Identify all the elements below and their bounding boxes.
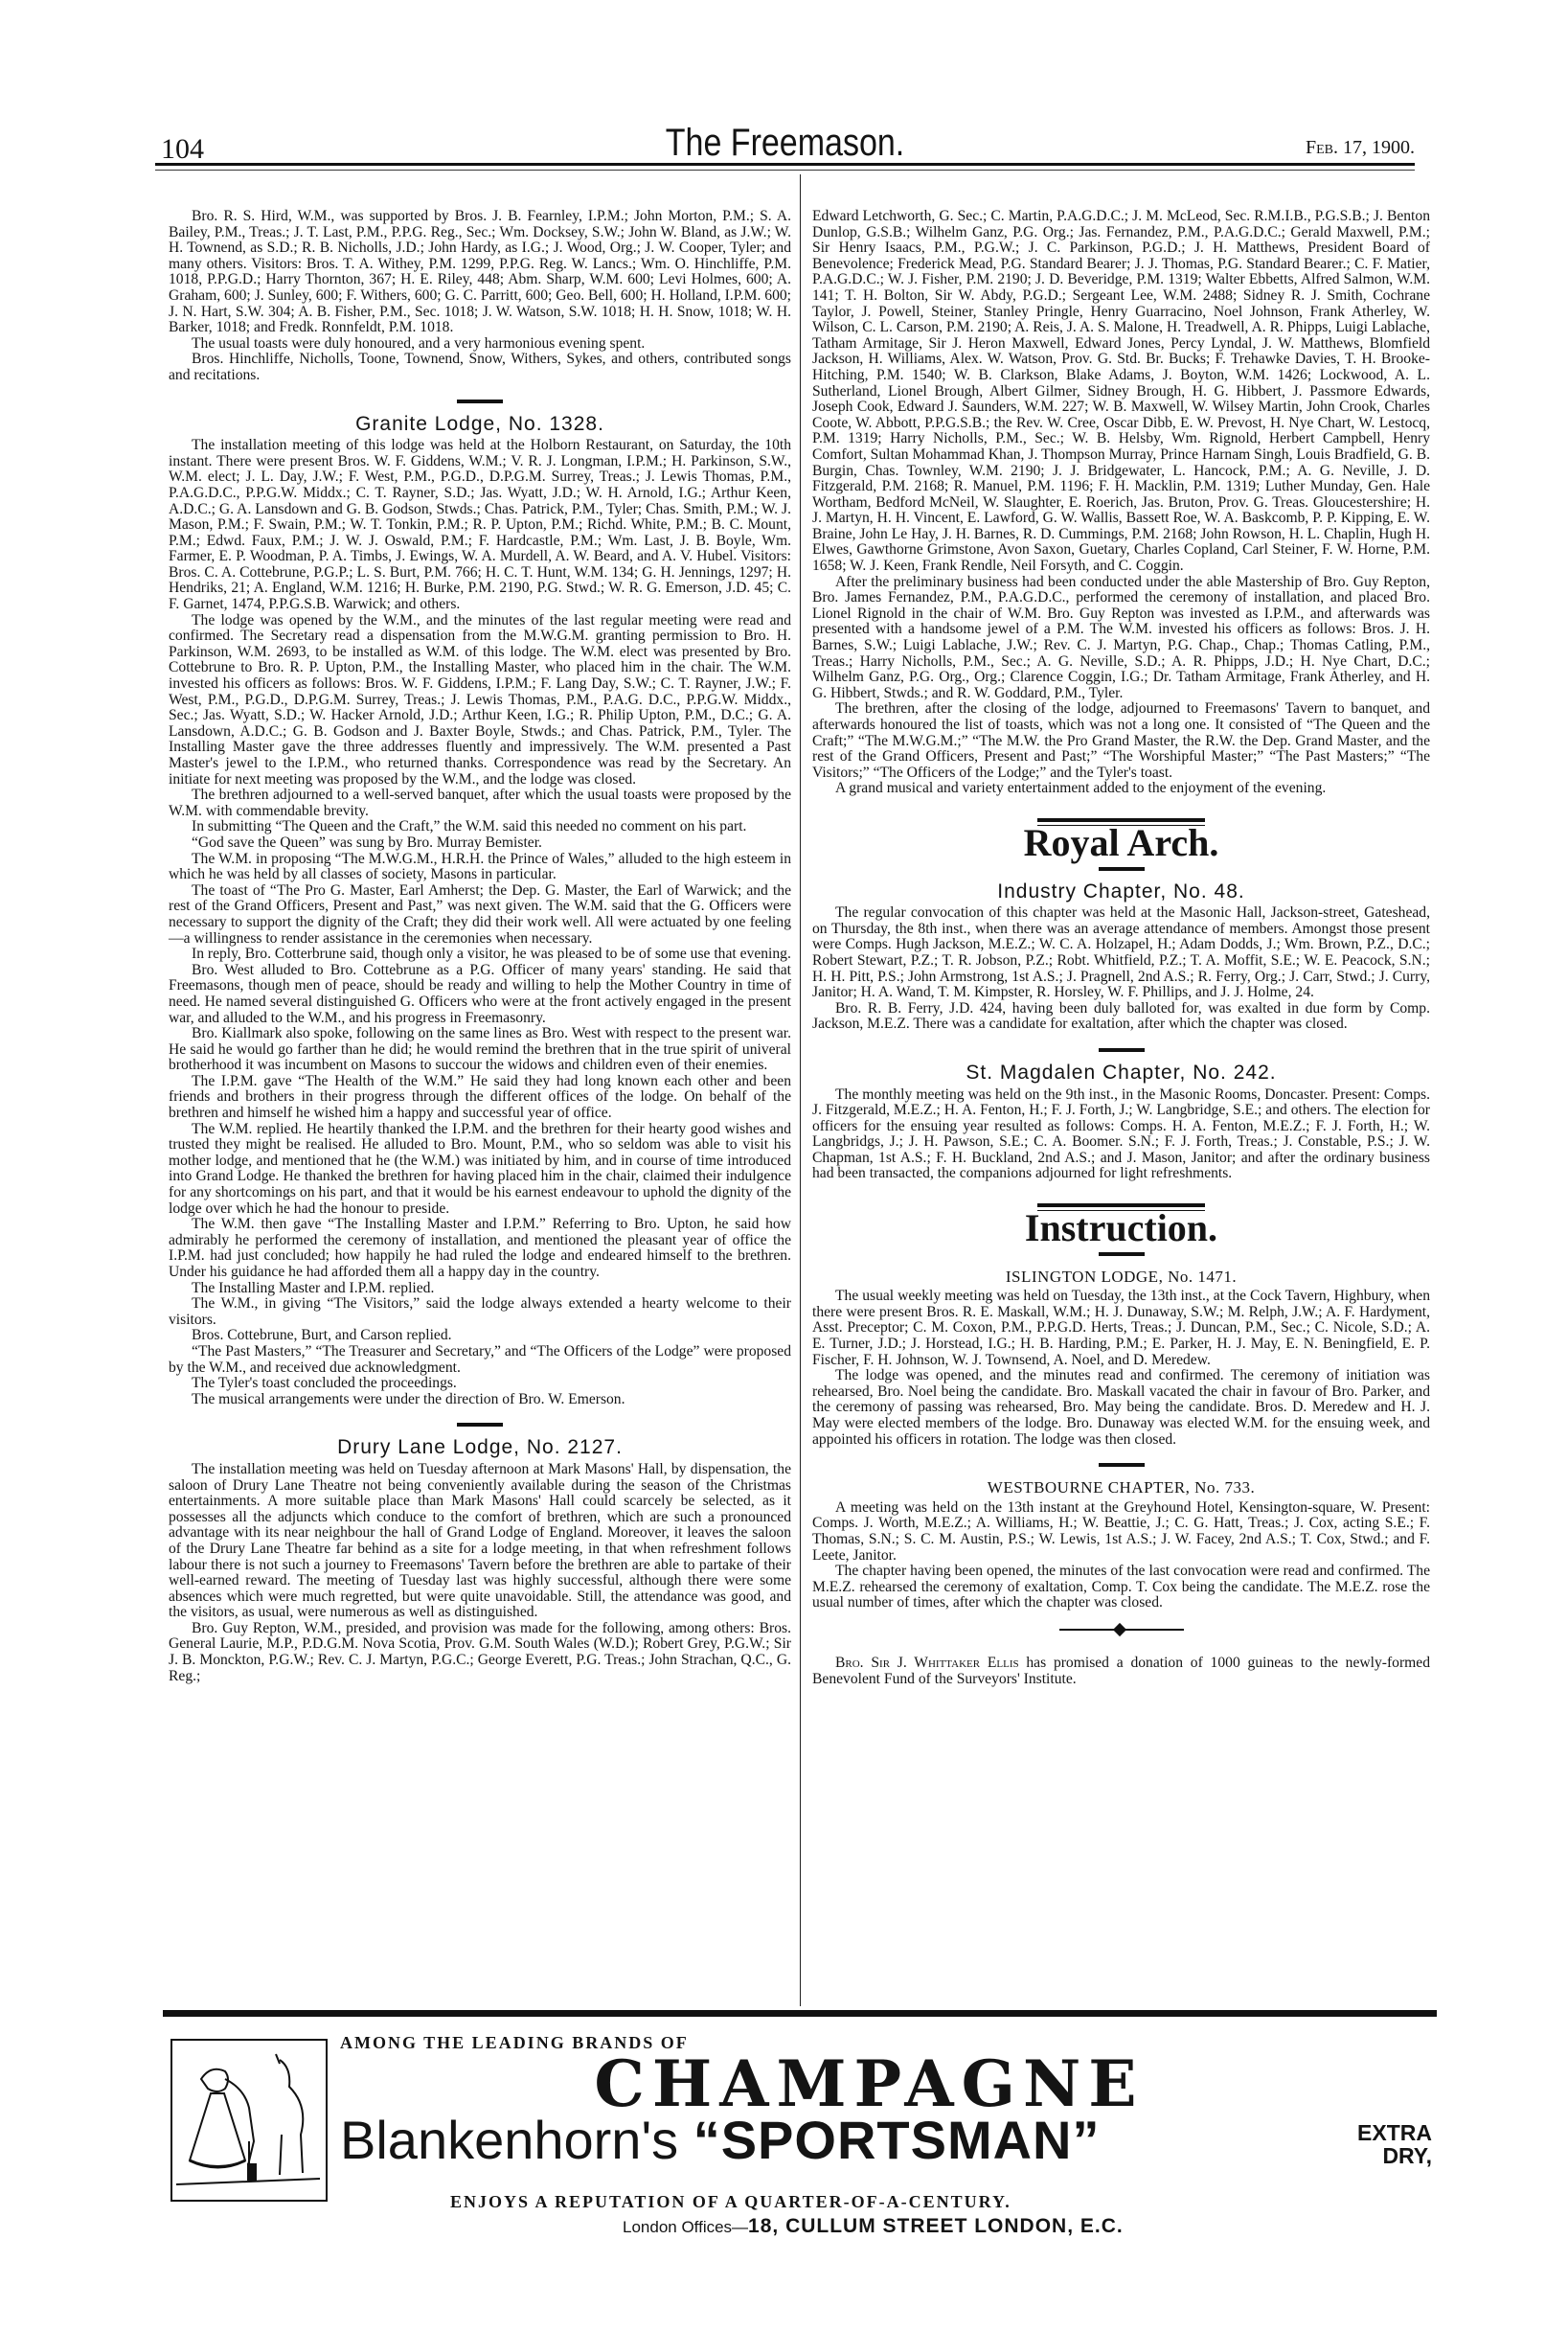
ad-brand-name: “SPORTSMAN”: [693, 2110, 1101, 2170]
paragraph: The toast of “The Pro G. Master, Earl Am…: [169, 883, 791, 947]
paragraph: The I.P.M. gave “The Health of the W.M.”…: [169, 1074, 791, 1122]
ad-brand-line: Blankenhorn's “SPORTSMAN”: [340, 2110, 1101, 2171]
ad-office-street: 18, CULLUM STREET LONDON, E.C.: [748, 2215, 1124, 2237]
industry-chapter-article: The regular convocation of this chapter …: [812, 905, 1430, 1033]
newspaper-page: 104 The Freemason. Feb. 17, 1900. Bro. R…: [0, 0, 1568, 2331]
paragraph: The W.M. replied. He heartily thanked th…: [169, 1122, 791, 1218]
paragraph: The Tyler's toast concluded the proceedi…: [169, 1376, 791, 1392]
paragraph: The usual weekly meeting was held on Tue…: [812, 1289, 1430, 1368]
section-rule: [1099, 867, 1145, 871]
section-rule: [1099, 1463, 1145, 1467]
right-column: Edward Letchworth, G. Sec.; C. Martin, P…: [812, 209, 1430, 1687]
drury-lane-article-continued: Edward Letchworth, G. Sec.; C. Martin, P…: [812, 209, 1430, 797]
issue-date: Feb. 17, 1900.: [1306, 137, 1415, 159]
paragraph: The installation meeting was held on Tue…: [169, 1462, 791, 1621]
ad-product-name: CHAMPAGNE: [431, 2052, 1307, 2115]
ad-dry: DRY,: [1355, 2144, 1432, 2167]
section-heading-westbourne-chapter: WESTBOURNE CHAPTER, No. 733.: [812, 1480, 1430, 1497]
paragraph: “The Past Masters,” “The Treasurer and S…: [169, 1344, 791, 1376]
ad-reputation: ENJOYS A REPUTATION OF A QUARTER-OF-A-CE…: [450, 2192, 1011, 2212]
paragraph: A meeting was held on the 13th instant a…: [812, 1500, 1430, 1564]
section-rule: [1099, 1048, 1145, 1052]
paragraph: Bro. R. S. Hird, W.M., was supported by …: [169, 209, 791, 336]
paragraph: The brethren adjourned to a well-served …: [169, 788, 791, 819]
paragraph: In submitting “The Queen and the Craft,”…: [169, 819, 791, 835]
woman-and-horse-illustration-icon: [170, 2039, 328, 2202]
paragraph: The brethren, after the closing of the l…: [812, 701, 1430, 781]
paragraph: The W.M. in proposing “The M.W.G.M., H.R…: [169, 852, 791, 883]
paragraph: “God save the Queen” was sung by Bro. Mu…: [169, 835, 791, 852]
section-heading-granite-lodge: Granite Lodge, No. 1328.: [169, 417, 791, 433]
paragraph: The W.M. then gave “The Installing Maste…: [169, 1217, 791, 1280]
paragraph: The Installing Master and I.P.M. replied…: [169, 1281, 791, 1297]
paragraph: Bro. West alluded to Bro. Cottebrune as …: [169, 963, 791, 1026]
paragraph: Bro. Guy Repton, W.M., presided, and pro…: [169, 1621, 791, 1684]
advertisement-rule: [163, 2010, 1437, 2017]
paragraph: Edward Letchworth, G. Sec.; C. Martin, P…: [812, 209, 1430, 575]
donor-name: Bro. Sir J. Whittaker Ellis: [835, 1655, 1019, 1671]
paragraph: The monthly meeting was held on the 9th …: [812, 1087, 1430, 1183]
paragraph: The lodge was opened by the W.M., and th…: [169, 613, 791, 788]
section-rule: [457, 1423, 503, 1427]
paragraph: After the preliminary business had been …: [812, 575, 1430, 702]
ad-brand-prefix: Blankenhorn's: [340, 2110, 693, 2170]
section-heading-islington-lodge: ISLINGTON LODGE, No. 1471.: [812, 1269, 1430, 1286]
section-rule: [1099, 1252, 1145, 1256]
journal-title: The Freemason.: [250, 122, 1321, 165]
section-heading-industry-chapter: Industry Chapter, No. 48.: [812, 884, 1430, 901]
paragraph: The chapter having been opened, the minu…: [812, 1564, 1430, 1611]
donation-note: Bro. Sir J. Whittaker Ellis has promised…: [812, 1656, 1430, 1687]
paragraph: Bro. R. B. Ferry, J.D. 424, having been …: [812, 1001, 1430, 1033]
drury-lane-article: The installation meeting was held on Tue…: [169, 1462, 791, 1684]
ad-office-address: London Offices—18, CULLUM STREET LONDON,…: [623, 2215, 1124, 2238]
section-rule: [457, 400, 503, 403]
ad-office-label: London Offices—: [623, 2218, 748, 2236]
islington-lodge-article: The usual weekly meeting was held on Tue…: [812, 1289, 1430, 1448]
paragraph: The usual toasts were duly honoured, and…: [169, 336, 791, 353]
paragraph: A grand musical and variety entertainmen…: [812, 781, 1430, 797]
paragraph: The installation meeting of this lodge w…: [169, 438, 791, 613]
st-magdalen-chapter-article: The monthly meeting was held on the 9th …: [812, 1087, 1430, 1183]
column-divider: [800, 174, 801, 2006]
granite-lodge-article: The installation meeting of this lodge w…: [169, 438, 791, 1407]
paragraph: The W.M., in giving “The Visitors,” said…: [169, 1296, 791, 1328]
masthead-rule: [155, 163, 1415, 166]
paragraph: In reply, Bro. Cotterbrune said, though …: [169, 947, 791, 963]
section-heading-drury-lane-lodge: Drury Lane Lodge, No. 2127.: [169, 1440, 791, 1456]
champagne-advertisement: AMONG THE LEADING BRANDS OF CHAMPAGNE Bl…: [163, 2022, 1437, 2213]
section-heading-instruction: Instruction.: [812, 1221, 1430, 1237]
paragraph: Bros. Hinchliffe, Nicholls, Toone, Towne…: [169, 352, 791, 383]
section-heading-royal-arch: Royal Arch.: [812, 835, 1430, 852]
paragraph: The regular convocation of this chapter …: [812, 905, 1430, 1001]
westbourne-chapter-article: A meeting was held on the 13th instant a…: [812, 1500, 1430, 1611]
ad-extra: EXTRA: [1355, 2121, 1432, 2144]
paragraph: The musical arrangements were under the …: [169, 1392, 791, 1408]
section-heading-st-magdalen-chapter: St. Magdalen Chapter, No. 242.: [812, 1065, 1430, 1082]
paragraph: The lodge was opened, and the minutes re…: [812, 1368, 1430, 1448]
left-column: Bro. R. S. Hird, W.M., was supported by …: [169, 209, 791, 1684]
masthead-rule-thin: [155, 170, 1415, 171]
ad-extra-dry: EXTRADRY,: [1355, 2121, 1432, 2167]
diamond-ornament-rule: [1059, 1625, 1184, 1634]
paragraph: Bro. Kiallmark also spoke, following on …: [169, 1026, 791, 1074]
paragraph: Bros. Cottebrune, Burt, and Carson repli…: [169, 1328, 791, 1344]
page-number: 104: [161, 133, 204, 166]
masthead: 104 The Freemason. Feb. 17, 1900.: [155, 120, 1415, 168]
